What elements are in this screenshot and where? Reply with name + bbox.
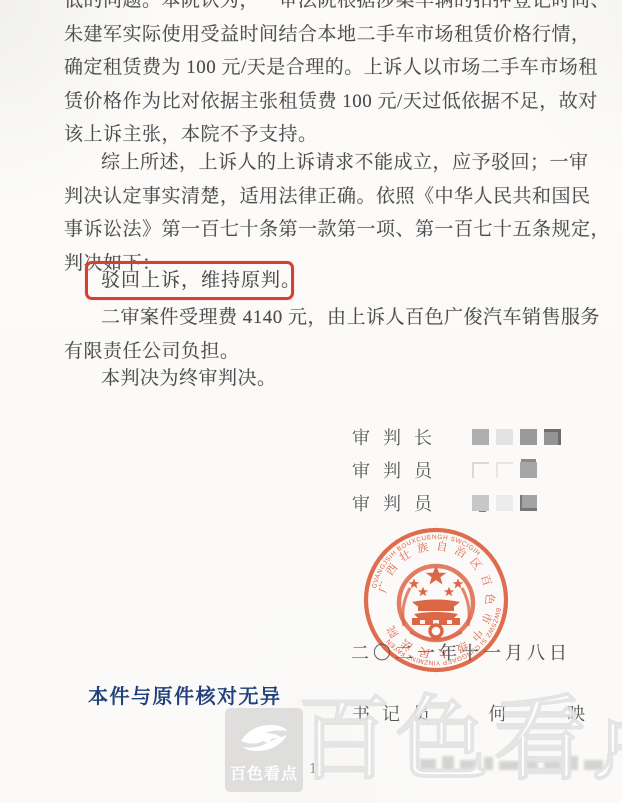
ruling-highlight-box: 驳回上诉，维持原判。 [85,261,294,300]
court-judgment-page: 低的问题。本院认为，一审法院根据涉案车辆的扣押登记时间、 朱建军实际使用受益时间… [0,0,622,803]
body-line: 朱建军实际使用受益时间结合本地二手车市场租赁价格行情， [64,18,604,52]
judge-row: 审判员 [352,455,592,488]
final-judgment-line: 本判决为终审判决。 [64,362,604,396]
judgment-date: 二〇二一年十一月八日 [351,639,571,665]
redacted-name [472,462,537,478]
watermark-eye-icon [237,717,291,759]
illegible-smudge [420,752,603,770]
redacted-name [472,495,537,511]
judge-label: 审判员 [352,461,445,481]
body-line: 综上所述，上诉人的上诉请求不能成立，应予驳回；一审 [64,146,604,180]
verification-note: 本件与原件核对无异 [88,680,282,709]
clerk-name-given: 映 [567,704,585,724]
body-line: 事诉讼法》第一百七十条第一款第一项、第一百七十五条规定， [64,213,604,247]
national-emblem [399,566,473,641]
watermark-logo-text: 百色看点 [230,761,298,784]
paragraph-reasoning: 低的问题。本院认为，一审法院根据涉案车辆的扣押登记时间、 朱建军实际使用受益时间… [64,0,604,152]
page-number: 12 [309,762,326,777]
body-line: 判决认定事实清楚，适用法律正确。依照《中华人民共和国民 [64,180,604,214]
ruling-text: 驳回上诉，维持原判。 [101,264,301,297]
body-line: 二审案件受理费 4140 元，由上诉人百色广俊汽车销售服务 [64,301,604,335]
body-line: 确定租赁费为 100 元/天是合理的。上诉人以市场二手车市场租 [64,51,604,85]
body-line: 低的问题。本院认为，一审法院根据涉案车辆的扣押登记时间、 [64,0,604,18]
clerk-label: 书记员 [352,704,442,724]
body-line: 赁价格作为比对依据主张租赁费 100 元/天过低依据不足，故对 [64,85,604,119]
redacted-name [472,429,561,445]
clerk-row: 书记员 何 映 [352,700,585,726]
paragraph-court-fee: 二审案件受理费 4140 元，由上诉人百色广俊汽车销售服务 有限责任公司负担。 [64,301,604,368]
judges-signature-block: 审判长 审判员 审判员 [352,422,592,521]
clerk-name-surname: 何 [489,704,507,724]
chief-judge-label: 审判长 [352,428,445,448]
watermark-logo: 百色看点 [225,708,303,792]
chief-judge-row: 审判长 [352,422,592,455]
judge-label: 审判员 [352,494,445,514]
